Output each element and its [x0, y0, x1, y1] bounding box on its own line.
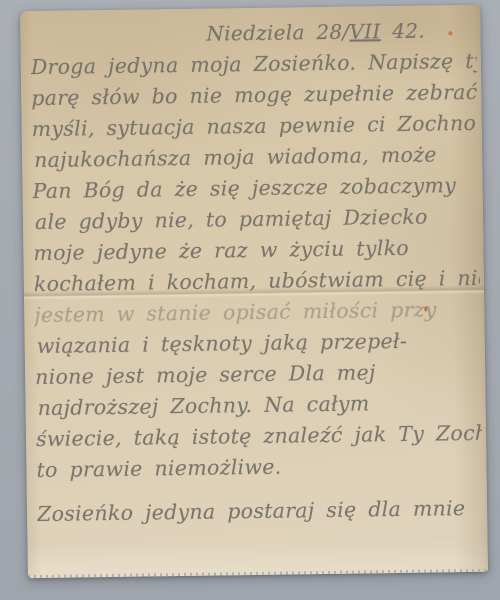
letter-closing-line: Zosieńko jedyna postaraj się dla mnie	[37, 493, 483, 530]
letter-line: świecie, taką istotę znaleźć jak Ty Zoch…	[36, 418, 482, 455]
letter-date: Niedziela 28/VII 42.	[206, 18, 476, 50]
letter-line-on-crease: jestem w stanie opisać miłości przy	[34, 294, 480, 331]
date-prefix: Niedziela 28/	[206, 20, 349, 46]
torn-bottom-edge	[28, 569, 488, 578]
letter-line: ale gdyby nie, to pamiętaj Dziecko	[35, 201, 479, 238]
letter-paper: Niedziela 28/VII 42. Droga jedyna moja Z…	[20, 5, 488, 578]
date-year: 42.	[380, 19, 425, 44]
photo-background: Niedziela 28/VII 42. Droga jedyna moja Z…	[0, 0, 500, 600]
date-month-roman: VII	[349, 19, 380, 43]
letter-line: to prawie niemożliwe.	[36, 449, 482, 486]
handwritten-letter-text: Niedziela 28/VII 42. Droga jedyna moja Z…	[20, 5, 487, 530]
